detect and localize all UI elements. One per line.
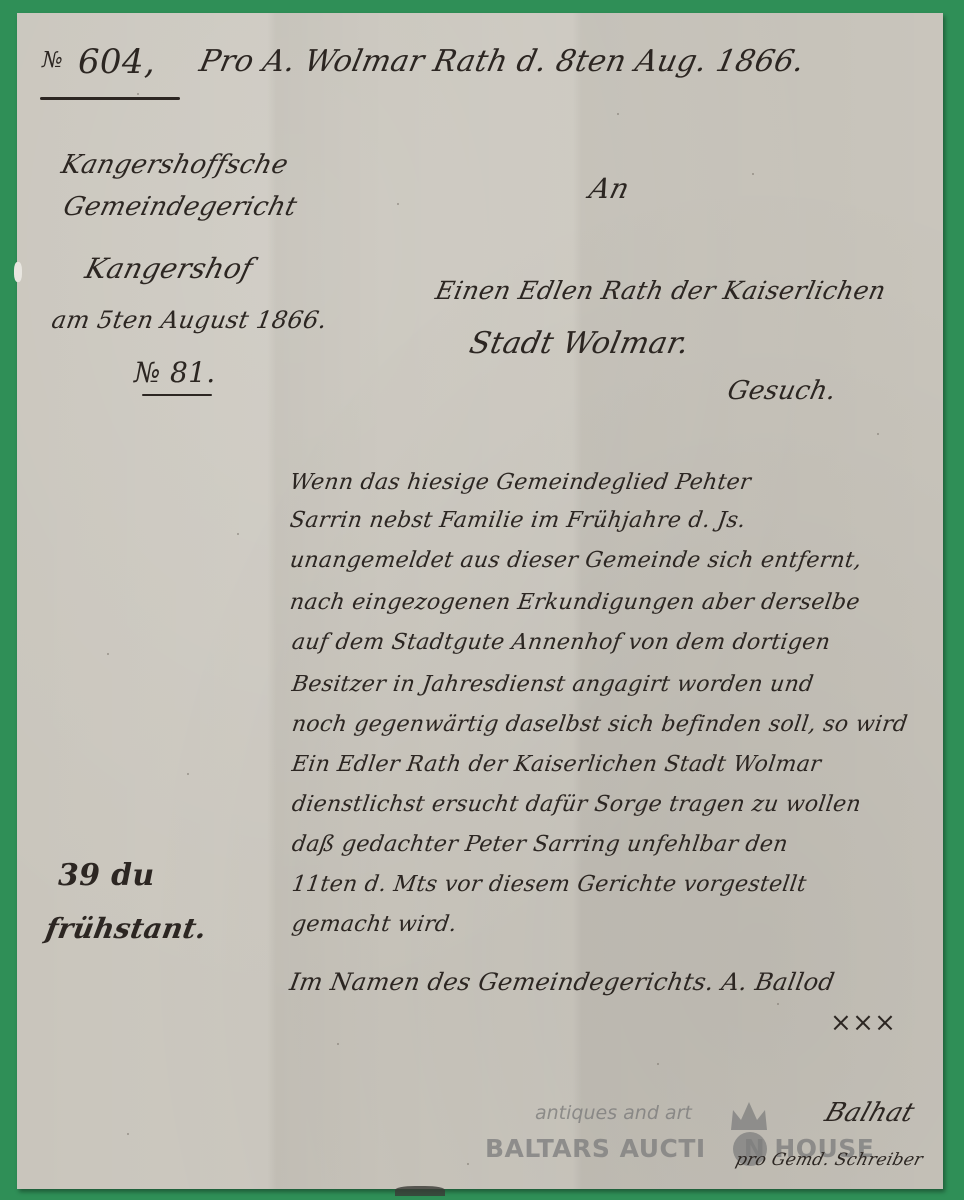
margin-note-line2: frühstant. <box>43 912 209 945</box>
body-line: 11ten d. Mts vor diesem Gerichte vorgest… <box>290 872 808 897</box>
body-line: dienstlichst ersucht dafür Sorge tragen … <box>290 792 862 817</box>
margin-note-line1: 39 du <box>58 858 154 893</box>
body-line: gemacht wird. <box>290 912 458 937</box>
body-line: Wenn das hiesige Gemeindeglied Pehter <box>288 470 752 495</box>
closing-line: Im Namen des Gemeindegerichts. A. Ballod <box>288 968 837 996</box>
number-prefix: № <box>42 48 63 73</box>
sender-line2: Gemeindegericht <box>60 192 300 222</box>
body-line: Sarrin nebst Familie im Frühjahre d. Js. <box>288 508 747 533</box>
subject: Gesuch. <box>725 376 839 406</box>
sender-date: am 5ten August 1866. <box>50 306 330 334</box>
body-line: noch gegenwärtig daselbst sich befinden … <box>290 712 909 737</box>
body-line: daß gedachter Peter Sarring unfehlbar de… <box>290 832 789 857</box>
closing-marks: ××× <box>830 1008 896 1038</box>
sender-line1: Kangershoffsche <box>58 150 291 180</box>
number-underline <box>40 97 180 100</box>
received-note: Pro A. Wolmar Rath d. 8ten Aug. 1866. <box>196 44 807 79</box>
body-line: auf dem Stadtgute Annenhof von dem dorti… <box>290 630 832 655</box>
addressee-line2: Stadt Wolmar. <box>466 326 692 361</box>
body-line: unangemeldet aus dieser Gemeinde sich en… <box>288 548 863 573</box>
salutation: An <box>586 172 633 205</box>
body-line: Besitzer in Jahresdienst angagirt worden… <box>290 672 815 697</box>
ref-underline <box>142 394 212 396</box>
sender-ref-number: № 81. <box>134 356 215 389</box>
sender-place: Kangershof <box>82 252 256 285</box>
signature-title: pro Gemd. Schreiber <box>734 1150 926 1170</box>
body-line: nach eingezogenen Erkundigungen aber der… <box>288 590 861 615</box>
paper-tear <box>14 262 22 282</box>
document-number: 604, <box>78 42 155 82</box>
bottom-edge-mark <box>395 1186 445 1196</box>
signature-name: Balhat <box>821 1098 918 1128</box>
body-line: Ein Edler Rath der Kaiserlichen Stadt Wo… <box>290 752 822 777</box>
addressee-line1: Einen Edlen Rath der Kaiserlichen <box>433 276 889 305</box>
